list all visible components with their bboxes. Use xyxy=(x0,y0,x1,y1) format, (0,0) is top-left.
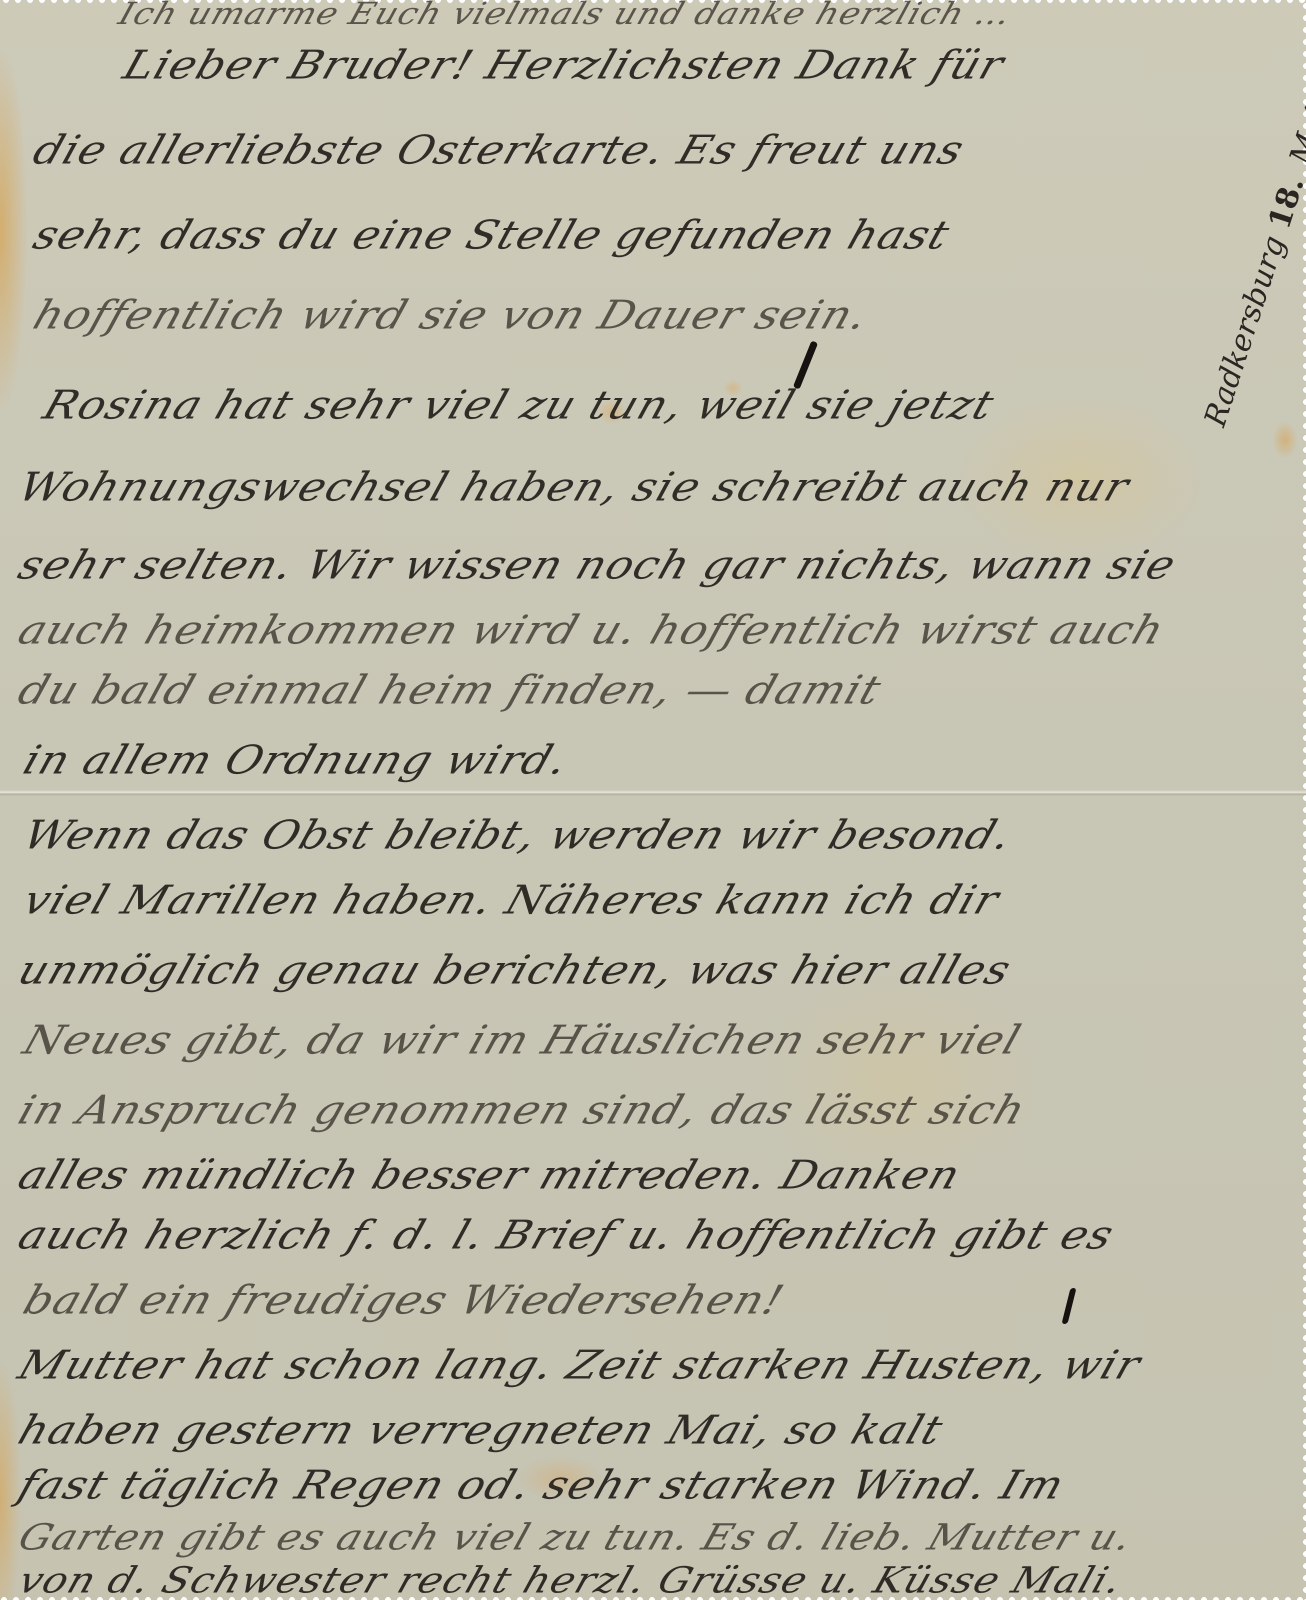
letter-line-5: Rosina hat sehr viel zu tun, weil sie je… xyxy=(38,383,1001,429)
letter-line-10: in allem Ordnung wird. xyxy=(18,738,575,784)
letter-page: Ich umarme Euch vielmals und danke herzl… xyxy=(0,0,1306,1600)
letter-line-11: Wenn das Obst bleibt, werden wir besond. xyxy=(18,813,1019,859)
exclamation-stroke xyxy=(1062,1288,1077,1324)
paper-fold-line xyxy=(0,790,1306,796)
letter-line-3: sehr, dass du eine Stelle gefunden hast xyxy=(28,213,956,259)
letter-line-12: viel Marillen haben. Näheres kann ich di… xyxy=(18,878,1006,924)
perforated-right-edge xyxy=(1300,0,1306,1600)
letter-line-2: die allerliebste Osterkarte. Es freut un… xyxy=(28,128,971,174)
letter-line-20: haben gestern verregneten Mai, so kalt xyxy=(13,1408,950,1454)
letter-line-18: bald ein freudiges Wiedersehen! xyxy=(18,1278,791,1324)
letter-line-16: alles mündlich besser mitreden. Danken xyxy=(13,1153,967,1199)
letter-line-7: sehr selten. Wir wissen noch gar nichts,… xyxy=(13,543,1183,589)
letter-line-13: unmöglich genau berichten, was hier alle… xyxy=(13,948,1017,994)
margin-date-note: Radkersburg 18. Mai 1914 xyxy=(1198,21,1306,431)
letter-line-1: Lieber Bruder! Herzlichsten Dank für xyxy=(118,43,1011,89)
letter-line-19: Mutter hat schon lang. Zeit starken Hust… xyxy=(13,1343,1147,1389)
letter-line-14: Neues gibt, da wir im Häuslichen sehr vi… xyxy=(18,1018,1027,1064)
letter-line-6: Wohnungswechsel haben, sie schreibt auch… xyxy=(13,465,1136,511)
letter-line-21: fast täglich Regen od. sehr starken Wind… xyxy=(13,1463,1071,1509)
overwritten-top-line: Ich umarme Euch vielmals und danke herzl… xyxy=(114,0,1016,32)
margin-place: Radkersburg xyxy=(1198,232,1293,431)
letter-line-23-signature: von d. Schwester recht herzl. Grüsse u. … xyxy=(13,1560,1128,1600)
letter-line-17: auch herzlich f. d. l. Brief u. hoffentl… xyxy=(13,1213,1120,1259)
letter-line-9: du bald einmal heim finden, — damit xyxy=(13,668,888,714)
letter-line-15: in Anspruch genommen sind, das lässt sic… xyxy=(13,1088,1032,1134)
letter-line-4: hoffentlich wird sie von Dauer sein. xyxy=(28,293,875,339)
letter-line-22: Garten gibt es auch viel zu tun. Es d. l… xyxy=(13,1517,1138,1558)
letter-line-8: auch heimkommen wird u. hoffentlich wirs… xyxy=(13,608,1171,654)
